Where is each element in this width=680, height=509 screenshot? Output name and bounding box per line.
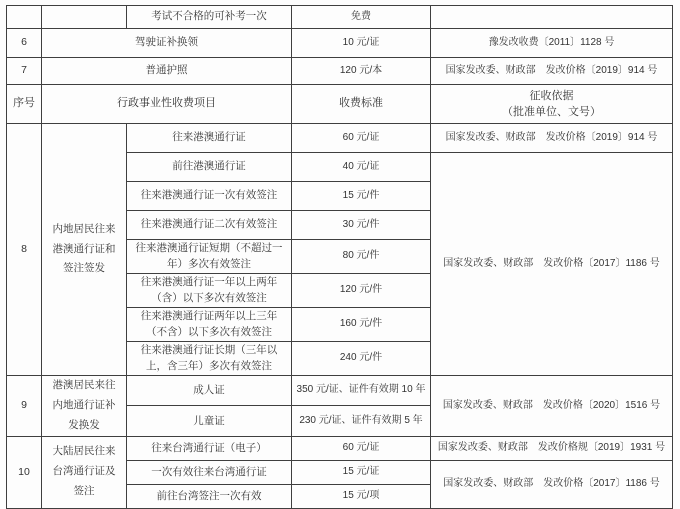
cell-fee: 40 元/证	[292, 153, 431, 182]
fee-schedule-table: 考试不合格的可补考一次 免费 6 驾驶证补换领 10 元/证 豫发改收费〔201…	[6, 5, 673, 505]
cell-basis: 国家发改委、财政部 发改价格〔2019〕914 号	[431, 124, 673, 153]
cell-item: 往来港澳通行证一次有效签注	[127, 182, 292, 211]
cell-item: 往来港澳通行证两年以上三年（不含）以下多次有效签注	[127, 308, 292, 342]
cell-item: 往来港澳通行证一年以上两年（含）以下多次有效签注	[127, 274, 292, 308]
cell-basis-shared-8: 国家发改委、财政部 发改价格〔2017〕1186 号	[431, 153, 673, 376]
cell-basis: 国家发改委、财政部 发改价格〔2019〕914 号	[431, 58, 673, 85]
cell-item: 往来港澳通行证短期（不超过一年）多次有效签注	[127, 240, 292, 274]
cell-fee: 15 元/项	[292, 484, 431, 505]
cell-item: 往来港澳通行证二次有效签注	[127, 211, 292, 240]
cell-category-10: 大陆居民往来台湾通行证及签注	[42, 436, 127, 505]
cell-fee: 60 元/证	[292, 124, 431, 153]
cell-fee: 240 元/件	[292, 342, 431, 376]
cell-fee: 160 元/件	[292, 308, 431, 342]
cell-seq-8: 8	[7, 124, 42, 376]
cell-basis-shared-10: 国家发改委、财政部 发改价格〔2017〕1186 号	[431, 460, 673, 505]
cell-fee: 350 元/证、证件有效期 10 年	[292, 376, 431, 406]
cell-item: 前往港澳通行证	[127, 153, 292, 182]
cell-item: 往来港澳通行证长期（三年以上，含三年）多次有效签注	[127, 342, 292, 376]
cell-fee: 60 元/证	[292, 436, 431, 460]
cell-fee: 15 元/证	[292, 460, 431, 484]
header-item: 行政事业性收费项目	[42, 85, 292, 124]
header-fee: 收费标准	[292, 85, 431, 124]
cell-seq: 6	[7, 29, 42, 58]
table-row-9-1: 9 港澳居民来往内地通行证补发换发 成人证 350 元/证、证件有效期 10 年…	[7, 376, 673, 406]
cell-item: 往来港澳通行证	[127, 124, 292, 153]
cell-seq	[7, 6, 42, 29]
cell-fee: 15 元/件	[292, 182, 431, 211]
cell-basis-empty	[431, 6, 673, 29]
cell-category-8: 内地居民往来港澳通行证和签注签发	[42, 124, 127, 376]
header-basis-line2: （批准单位、文号）	[433, 104, 670, 121]
cell-fee: 230 元/证、证件有效期 5 年	[292, 406, 431, 436]
cell-fee: 80 元/件	[292, 240, 431, 274]
cell-item: 考试不合格的可补考一次	[127, 6, 292, 29]
table-row-6: 6 驾驶证补换领 10 元/证 豫发改收费〔2011〕1128 号	[7, 29, 673, 58]
cell-item: 普通护照	[42, 58, 292, 85]
table-row-7: 7 普通护照 120 元/本 国家发改委、财政部 发改价格〔2019〕914 号	[7, 58, 673, 85]
header-seq: 序号	[7, 85, 42, 124]
header-basis: 征收依据 （批准单位、文号）	[431, 85, 673, 124]
cell-item: 儿童证	[127, 406, 292, 436]
cell-item: 前往台湾签注一次有效	[127, 484, 292, 505]
cell-item: 往来台湾通行证（电子）	[127, 436, 292, 460]
cell-fee: 免费	[292, 6, 431, 29]
cell-fee: 120 元/本	[292, 58, 431, 85]
table-header-row: 序号 行政事业性收费项目 收费标准 征收依据 （批准单位、文号）	[7, 85, 673, 124]
cell-basis: 国家发改委、财政部 发改价格规〔2019〕1931 号	[431, 436, 673, 460]
cell-seq-9: 9	[7, 376, 42, 437]
cell-item: 驾驶证补换领	[42, 29, 292, 58]
cell-fee: 120 元/件	[292, 274, 431, 308]
table-row-8-1: 8 内地居民往来港澳通行证和签注签发 往来港澳通行证 60 元/证 国家发改委、…	[7, 124, 673, 153]
cell-seq: 7	[7, 58, 42, 85]
cell-basis: 豫发改收费〔2011〕1128 号	[431, 29, 673, 58]
cell-category-empty	[42, 6, 127, 29]
cell-basis-shared-9: 国家发改委、财政部 发改价格〔2020〕1516 号	[431, 376, 673, 437]
document-sheet: 考试不合格的可补考一次 免费 6 驾驶证补换领 10 元/证 豫发改收费〔201…	[6, 5, 673, 505]
table-row-carryover: 考试不合格的可补考一次 免费	[7, 6, 673, 29]
table-row-10-1: 10 大陆居民往来台湾通行证及签注 往来台湾通行证（电子） 60 元/证 国家发…	[7, 436, 673, 460]
cell-category-9: 港澳居民来往内地通行证补发换发	[42, 376, 127, 437]
cell-fee: 30 元/件	[292, 211, 431, 240]
cell-item: 一次有效往来台湾通行证	[127, 460, 292, 484]
header-basis-line1: 征收依据	[433, 88, 670, 105]
cell-fee: 10 元/证	[292, 29, 431, 58]
cell-item: 成人证	[127, 376, 292, 406]
cell-seq-10: 10	[7, 436, 42, 505]
